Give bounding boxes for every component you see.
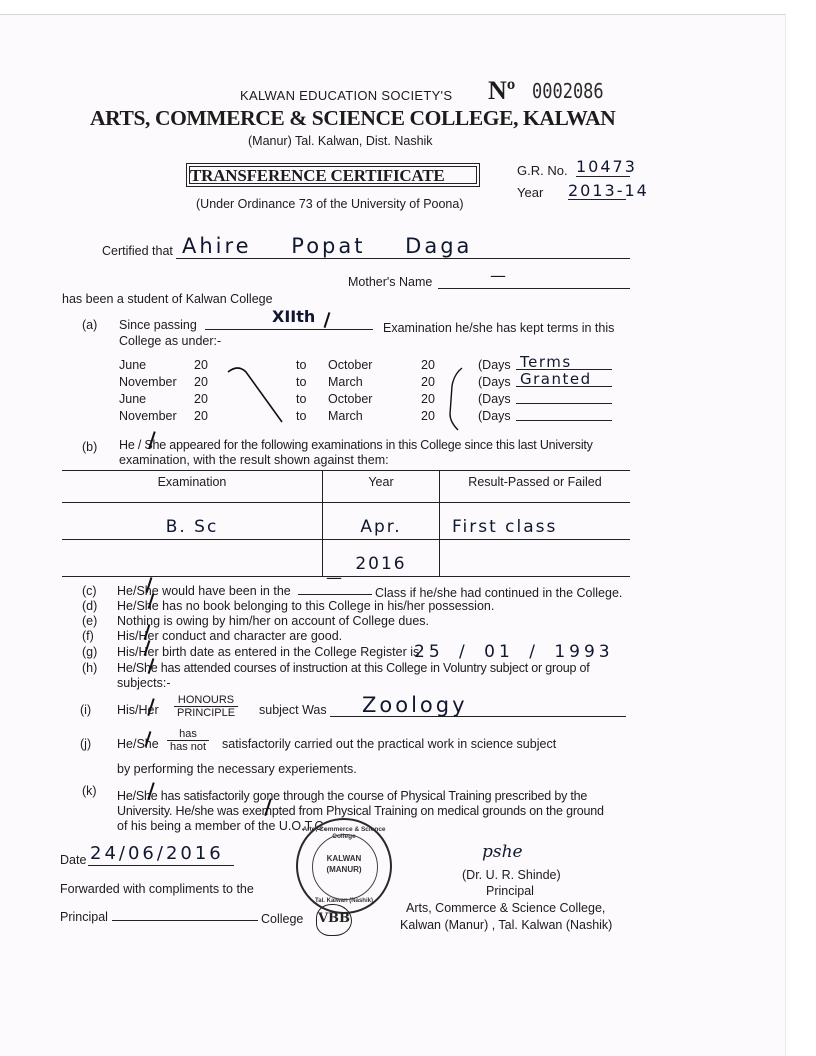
college-name-underline xyxy=(112,920,258,921)
initials-mark: VBB xyxy=(316,904,352,936)
clause-i-marker: (i) xyxy=(80,703,91,717)
clause-h-line2: subjects:- xyxy=(117,676,171,690)
strike-stroke-icon xyxy=(220,360,300,430)
gr-number-label: G.R. No. xyxy=(517,163,568,178)
society-name: KALWAN EDUCATION SOCIETY'S xyxy=(240,88,452,103)
term-from-month: November xyxy=(119,375,177,389)
college-address: (Manur) Tal. Kalwan, Dist. Nashik xyxy=(248,134,433,148)
column-header-examination: Examination xyxy=(62,471,323,503)
certificate-title: TRANSFERENCE CERTIFICATE xyxy=(190,166,445,186)
college-as-under: College as under:- xyxy=(119,334,221,348)
name-underline xyxy=(176,258,630,259)
stamp-bottom-text: Tal. Kalwan (Nashik) xyxy=(298,898,390,904)
table-header-row: Examination Year Result-Passed or Failed xyxy=(62,471,630,503)
term-from-year: 20 xyxy=(194,392,208,406)
mother-name-value: — xyxy=(490,266,508,285)
honours-principle-fraction: HONOURS PRINCIPLE xyxy=(174,694,238,719)
student-name: Ahire Popat Daga xyxy=(182,234,472,258)
term-to-month: October xyxy=(328,358,372,372)
term-to-year: 20 xyxy=(421,375,435,389)
clause-b-marker: (b) xyxy=(82,440,97,454)
term-days-label: (Days xyxy=(478,358,511,372)
clause-i-prefix: His/Her xyxy=(117,703,159,717)
clause-e-marker: (e) xyxy=(82,614,97,628)
term-days-label: (Days xyxy=(478,409,511,423)
certified-label: Certified that xyxy=(102,244,173,258)
term-from-month: June xyxy=(119,392,146,406)
term-to-year: 20 xyxy=(421,358,435,372)
subject-value: Zoology xyxy=(362,693,468,717)
term-days-underline xyxy=(516,403,612,404)
college-name: ARTS, COMMERCE & SCIENCE COLLEGE, KALWAN xyxy=(90,106,615,131)
cell-result: First class xyxy=(440,503,631,540)
cell-year: Apr. xyxy=(323,503,440,540)
college-seal-stamp: Arts, Commerce & Science College KALWAN … xyxy=(296,818,392,914)
column-header-result: Result-Passed or Failed xyxy=(440,471,631,503)
mother-underline xyxy=(438,288,630,289)
serial-label: Nº xyxy=(488,76,515,106)
table-row: 2016 xyxy=(62,540,630,577)
term-to-year: 20 xyxy=(421,392,435,406)
gr-underline xyxy=(576,176,630,177)
clause-c-text: He/She would have been in the xyxy=(117,584,291,598)
student-of-text: has been a student of Kalwan College xyxy=(62,292,273,306)
stamp-top-text: Arts, Commerce & Science College xyxy=(298,826,390,840)
fraction-top: HONOURS xyxy=(174,694,238,707)
clause-b-line2: examination, with the result shown again… xyxy=(119,453,389,467)
clause-k-line3: of his being a member of the U.O.T.C. xyxy=(117,819,327,833)
year-underline xyxy=(568,199,626,200)
year-label: Year xyxy=(517,185,543,200)
clause-j-prefix: He/She xyxy=(117,737,159,751)
date-value: 24/06/2016 xyxy=(90,843,224,864)
clause-k-line1: He/She has satisfactorily gone through t… xyxy=(117,789,587,803)
fraction-bottom: PRINCIPLE xyxy=(174,707,238,719)
term-from-year: 20 xyxy=(194,375,208,389)
signatory-name: (Dr. U. R. Shinde) xyxy=(462,868,561,882)
signatory-title: Principal xyxy=(486,884,534,898)
clause-c-suffix: Class if he/she had continued in the Col… xyxy=(375,586,622,600)
clause-a-marker: (a) xyxy=(82,318,97,332)
serial-number: 0002086 xyxy=(532,79,604,103)
term-days-label: (Days xyxy=(478,392,511,406)
term-from-month: June xyxy=(119,358,146,372)
examination-table: Examination Year Result-Passed or Failed… xyxy=(62,470,630,577)
clause-c-value: — xyxy=(326,568,344,587)
clause-j-suffix: satisfactorily carried out the practical… xyxy=(222,737,556,751)
forwarded-text: Forwarded with compliments to the xyxy=(60,882,254,896)
clause-k-line2: University. He/she was exempted from Phy… xyxy=(117,804,604,818)
clause-c-marker: (c) xyxy=(82,584,97,598)
clause-c-underline xyxy=(298,594,372,595)
clause-j-line2: by performing the necessary experiements… xyxy=(117,762,357,776)
clause-d-text: He/She has no book belonging to this Col… xyxy=(117,599,494,613)
term-to-year: 20 xyxy=(421,409,435,423)
signatory-address: Kalwan (Manur) , Tal. Kalwan (Nashik) xyxy=(400,918,612,932)
clause-k-marker: (k) xyxy=(82,784,97,798)
clause-b-line1: He / She appeared for the following exam… xyxy=(119,438,593,452)
fraction-top: has xyxy=(167,728,209,741)
clause-f-marker: (f) xyxy=(82,629,94,643)
date-label: Date xyxy=(60,853,86,867)
cell-examination: B. Sc xyxy=(62,503,323,540)
ordinance-note: (Under Ordinance 73 of the University of… xyxy=(196,197,464,211)
clause-j-marker: (j) xyxy=(80,737,91,751)
year-value: 2013-14 xyxy=(568,181,649,200)
clause-e-text: Nothing is owing by him/her on account o… xyxy=(117,614,429,628)
since-passing-underline xyxy=(205,329,373,330)
clause-g-text: His/Her birth date as entered in the Col… xyxy=(117,645,419,659)
signatory-college: Arts, Commerce & Science College, xyxy=(406,901,605,915)
since-passing-suffix: Examination he/she has kept terms in thi… xyxy=(383,321,614,335)
clause-i-suffix: subject Was xyxy=(259,703,327,717)
term-from-year: 20 xyxy=(194,409,208,423)
date-underline xyxy=(88,865,234,866)
clause-g-marker: (g) xyxy=(82,645,97,659)
stamp-center-text-2: (MANUR) xyxy=(298,865,390,874)
term-to-month: October xyxy=(328,392,372,406)
mother-name-label: Mother's Name xyxy=(348,275,432,289)
clause-f-text: His/Her conduct and character are good. xyxy=(117,629,342,643)
principal-to-label: Principal xyxy=(60,910,108,924)
term-to-month: March xyxy=(328,375,363,389)
fraction-bottom: has not xyxy=(167,741,209,753)
term-from-year: 20 xyxy=(194,358,208,372)
term-days-label: (Days xyxy=(478,375,511,389)
subject-underline xyxy=(330,716,626,717)
has-hasnot-fraction: has has not xyxy=(167,728,209,753)
term-to-month: March xyxy=(328,409,363,423)
since-passing-label: Since passing xyxy=(119,318,197,332)
birth-date-value: 25 / 01 / 1993 xyxy=(414,642,614,662)
stamp-center-text-1: KALWAN xyxy=(298,854,390,863)
term-from-month: November xyxy=(119,409,177,423)
cell-examination xyxy=(62,540,323,577)
term-days-underline xyxy=(516,386,612,387)
column-header-year: Year xyxy=(323,471,440,503)
gr-number-value: 10473 xyxy=(576,157,637,176)
clause-h-marker: (h) xyxy=(82,661,97,675)
table-row: B. Sc Apr. First class xyxy=(62,503,630,540)
since-passing-value: XIIth xyxy=(272,307,315,326)
clause-h-line1: He/She has attended courses of instructi… xyxy=(117,661,590,675)
term-days-underline xyxy=(516,420,612,421)
principal-signature: pshe xyxy=(482,842,523,862)
bracket-stroke-icon xyxy=(446,364,468,432)
college-to-label: College xyxy=(261,912,303,926)
cell-result xyxy=(440,540,631,577)
clause-d-marker: (d) xyxy=(82,599,97,613)
